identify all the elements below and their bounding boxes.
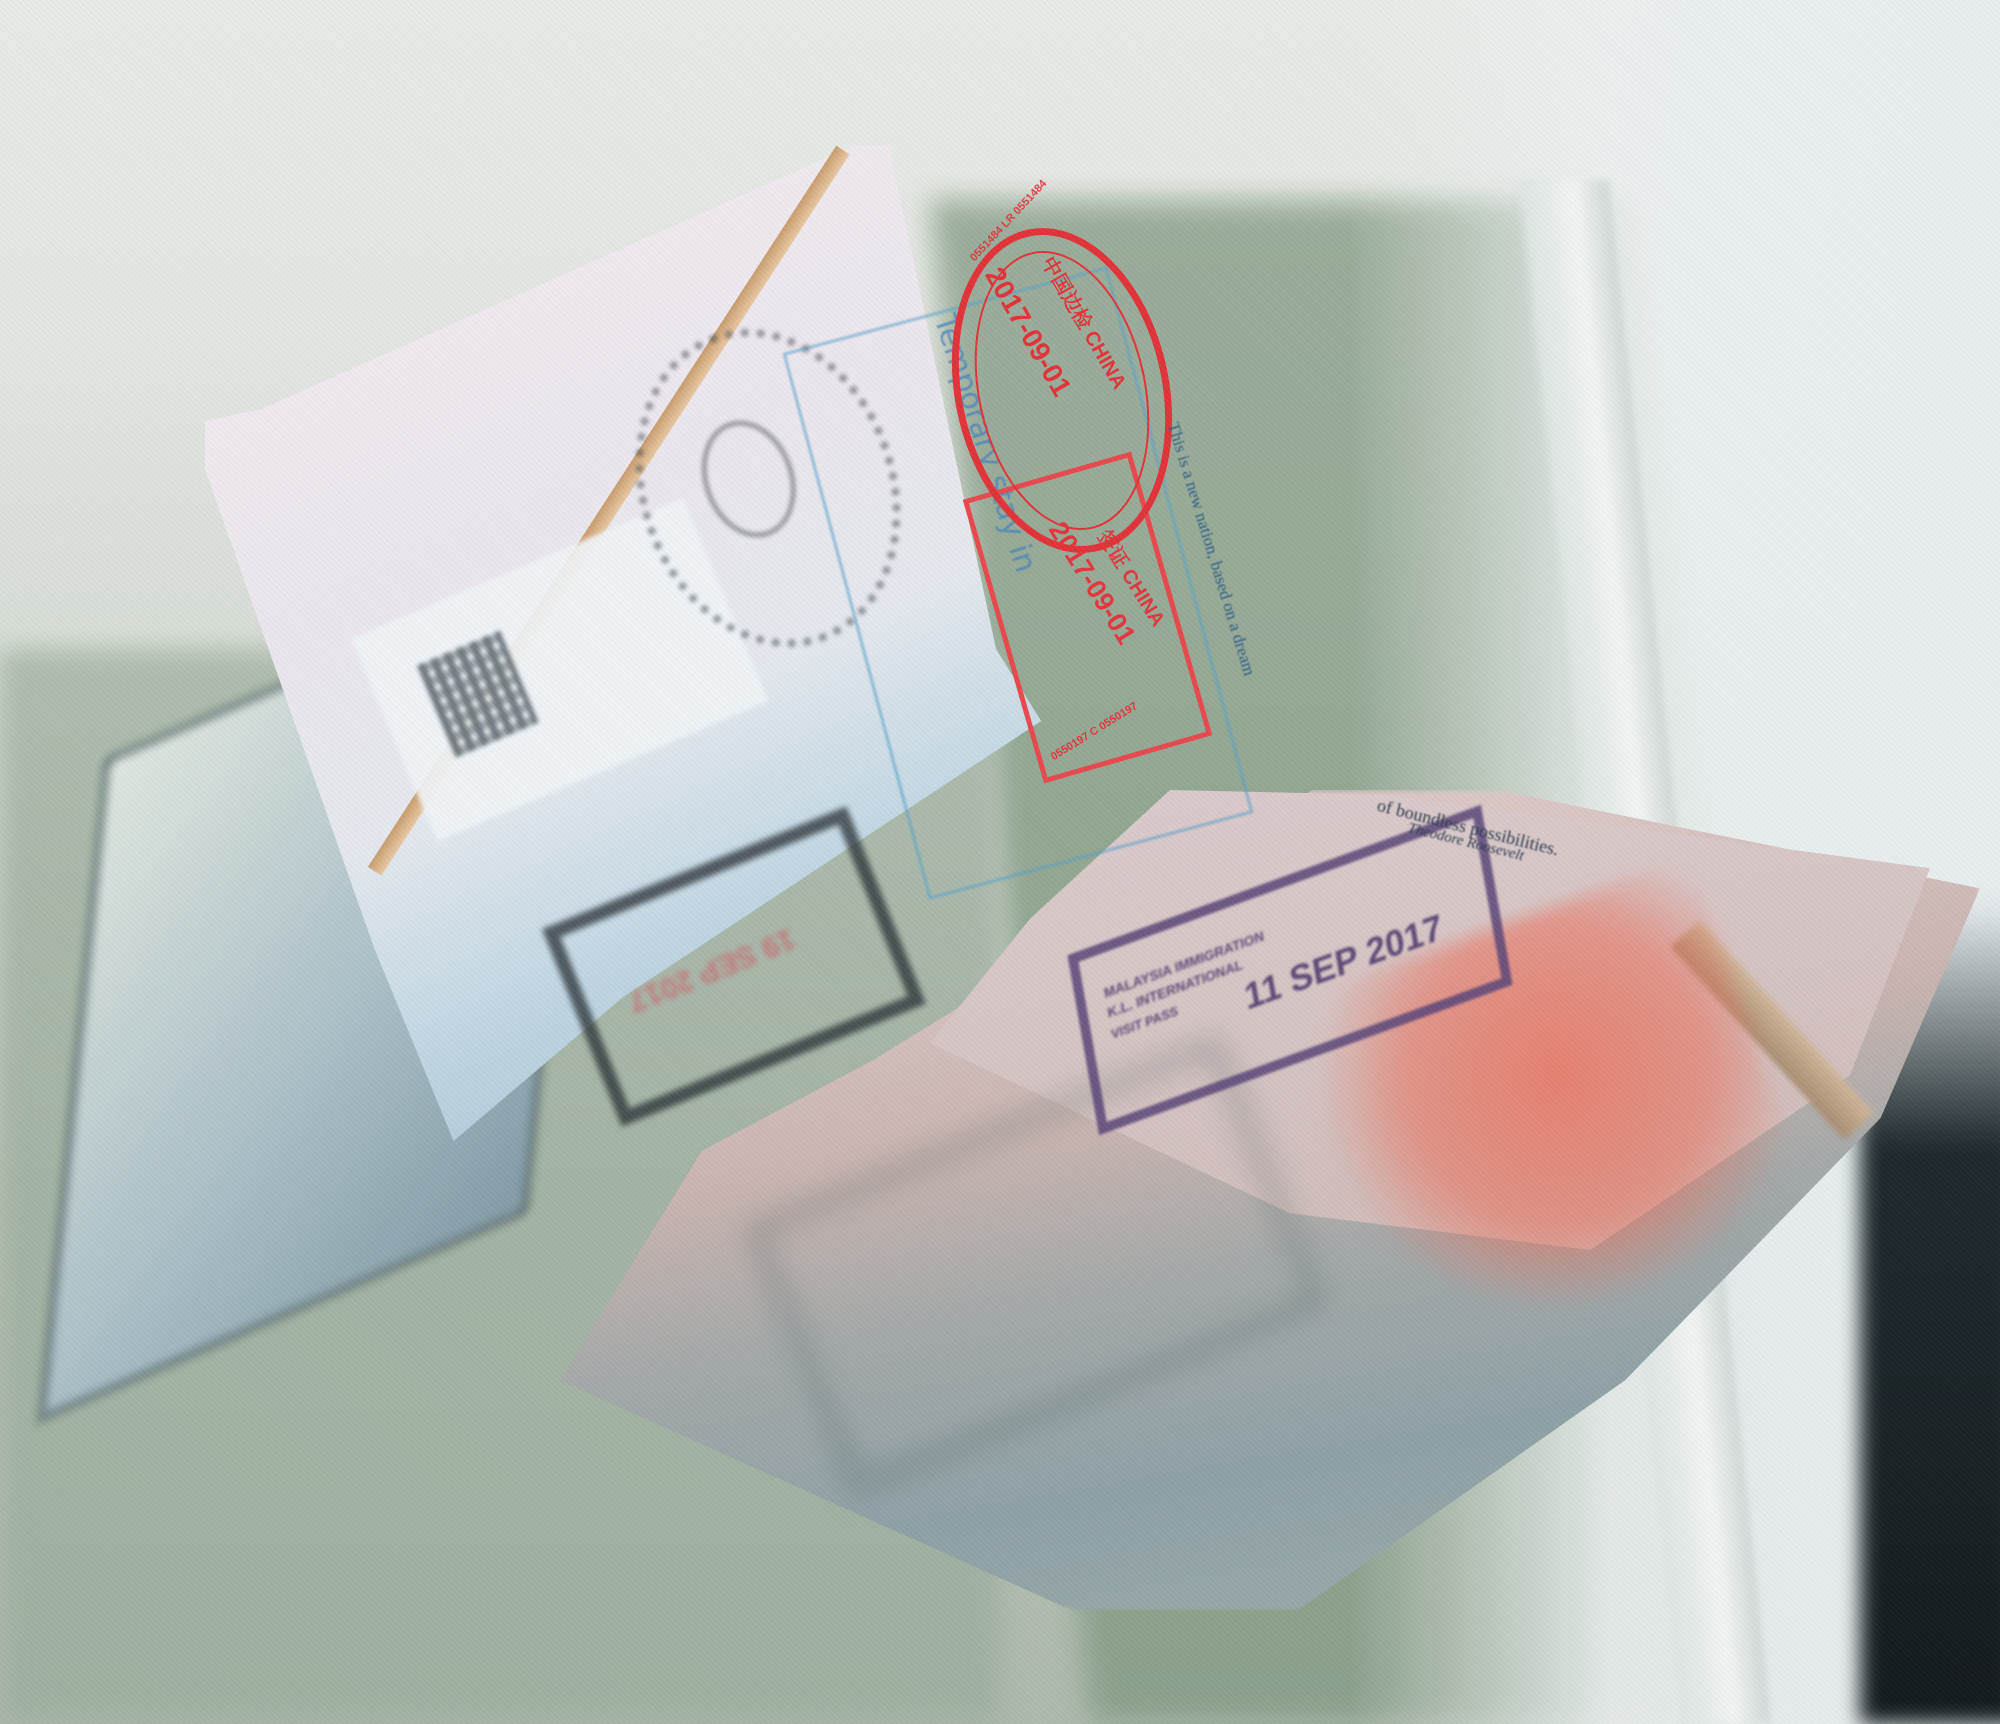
stamp-date: 19 SEP 2017: [624, 921, 800, 1019]
photo-scene: Temporary stay in 2017-09-01 签证 CHINA 05…: [0, 0, 2000, 1724]
stamp-date: 11 SEP 2017: [1241, 905, 1445, 1019]
stamp-ring: [686, 407, 812, 551]
stamp-serial: 0550197 C 0550197: [1049, 700, 1140, 763]
qr-code-icon: [417, 630, 539, 757]
